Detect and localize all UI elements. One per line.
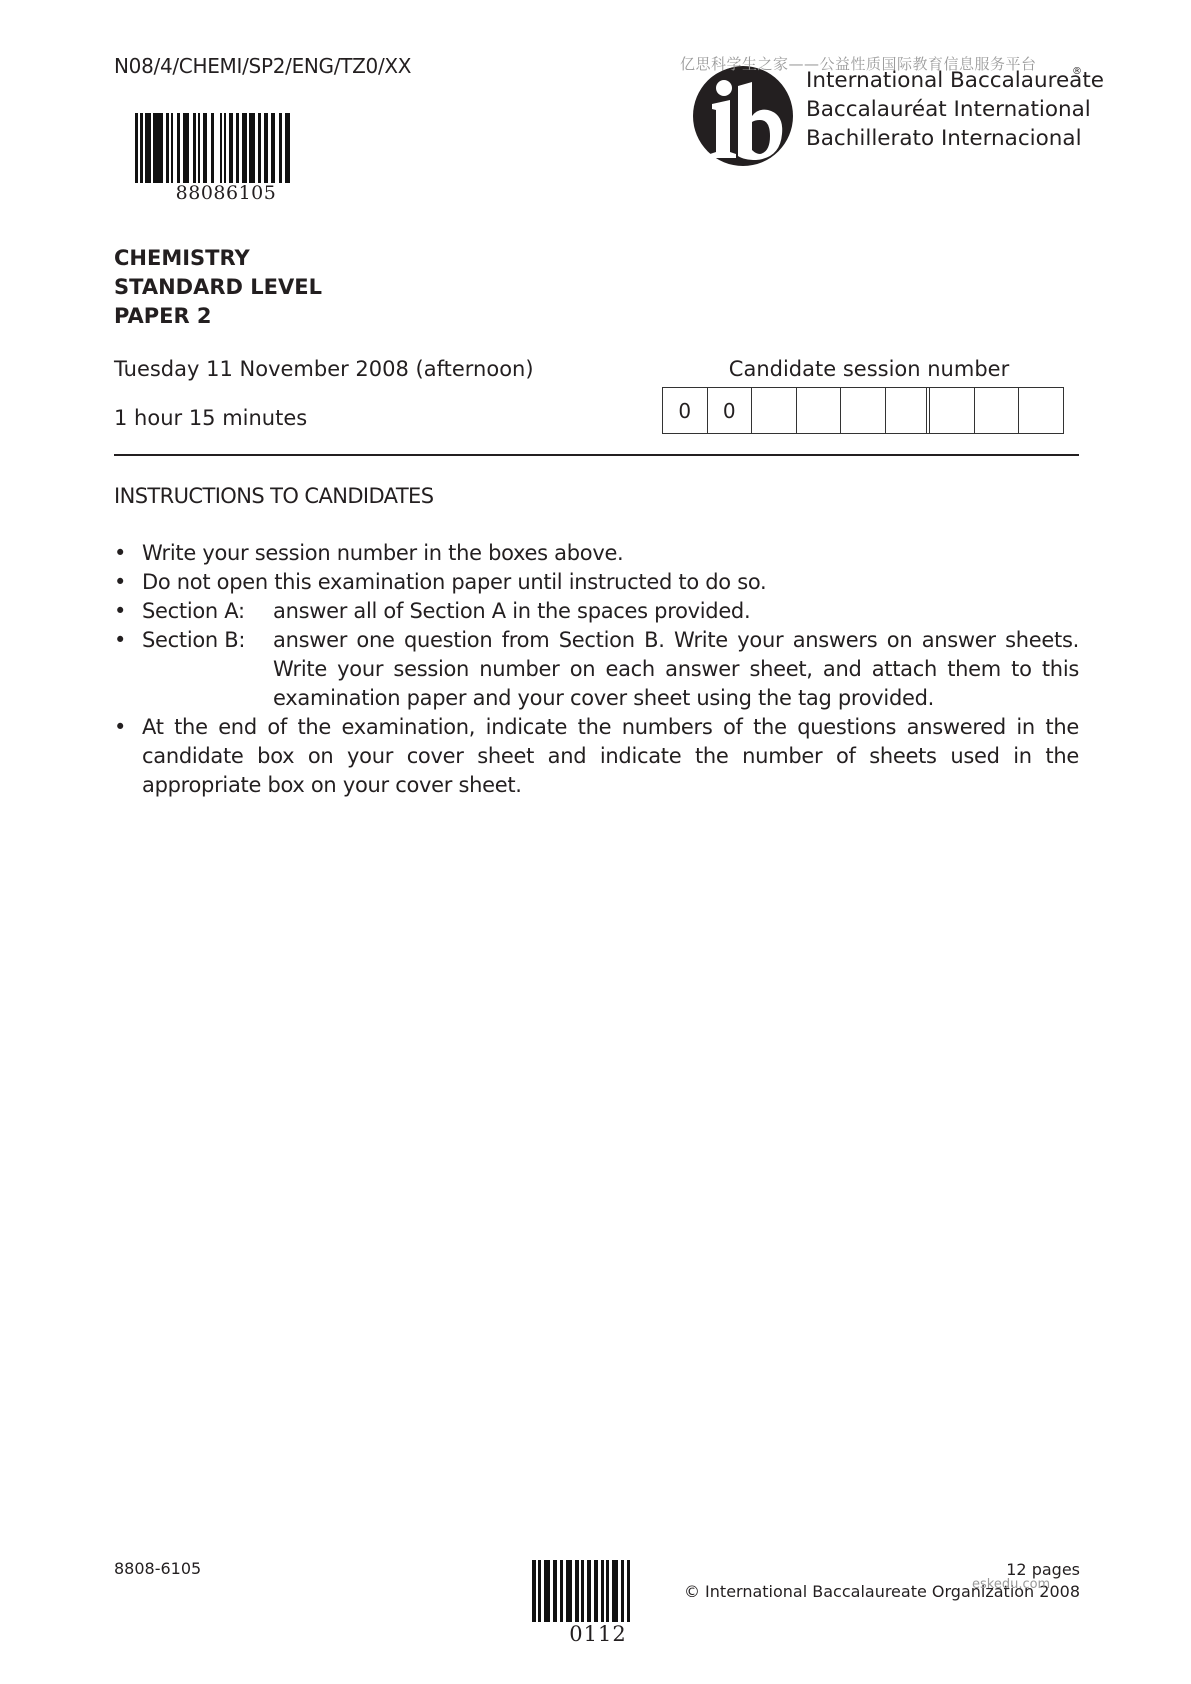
bullet-icon: •: [114, 713, 142, 800]
bullet-icon: •: [114, 568, 142, 597]
instruction-item: • Section B: answer one question from Se…: [114, 626, 1079, 713]
bottom-barcode-number: 0112: [532, 1622, 664, 1646]
registered-mark: ®: [1072, 66, 1082, 77]
subject-line: PAPER 2: [114, 302, 322, 331]
session-digit-box[interactable]: 0: [708, 388, 753, 433]
footer-code: 8808-6105: [114, 1559, 201, 1578]
subject-line: CHEMISTRY: [114, 244, 322, 273]
instruction-item: • Section A: answer all of Section A in …: [114, 597, 1079, 626]
instruction-text: Do not open this examination paper until…: [142, 568, 1079, 597]
session-digit-box[interactable]: [975, 388, 1020, 433]
instruction-item: • Write your session number in the boxes…: [114, 539, 1079, 568]
session-digit-box[interactable]: [930, 388, 975, 433]
org-name-spanish: Bachillerato Internacional: [806, 124, 1104, 153]
instruction-item: • Do not open this examination paper unt…: [114, 568, 1079, 597]
instruction-text: answer one question from Section B. Writ…: [273, 626, 1079, 713]
organization-names: International Baccalaureate Baccalauréat…: [806, 66, 1104, 153]
exam-duration: 1 hour 15 minutes: [114, 406, 307, 430]
instructions-list: • Write your session number in the boxes…: [114, 539, 1079, 800]
session-digit-box[interactable]: 0: [663, 388, 708, 433]
subject-title: CHEMISTRY STANDARD LEVEL PAPER 2: [114, 244, 322, 331]
section-label: Section B:: [142, 626, 273, 713]
org-name-french: Baccalauréat International: [806, 95, 1104, 124]
instruction-item: • At the end of the examination, indicat…: [114, 713, 1079, 800]
candidate-session-label: Candidate session number: [660, 357, 1078, 381]
exam-date: Tuesday 11 November 2008 (afternoon): [114, 357, 534, 381]
bullet-icon: •: [114, 626, 142, 713]
session-digit-box[interactable]: [752, 388, 797, 433]
instruction-text: At the end of the examination, indicate …: [142, 713, 1079, 800]
instructions-title: INSTRUCTIONS TO CANDIDATES: [114, 484, 433, 508]
header-divider: [114, 454, 1079, 456]
org-name-english: International Baccalaureate: [806, 66, 1104, 95]
candidate-session-boxes: 0 0: [662, 387, 1064, 434]
session-digit-box[interactable]: [841, 388, 886, 433]
section-label: Section A:: [142, 597, 273, 626]
paper-code: N08/4/CHEMI/SP2/ENG/TZ0/XX: [114, 54, 411, 78]
session-digit-box[interactable]: [797, 388, 842, 433]
footer-watermark: eskedu.com: [972, 1577, 1050, 1592]
bullet-icon: •: [114, 539, 142, 568]
subject-line: STANDARD LEVEL: [114, 273, 322, 302]
instruction-text: Write your session number in the boxes a…: [142, 539, 1079, 568]
session-digit-box[interactable]: [1019, 388, 1064, 433]
bullet-icon: •: [114, 597, 142, 626]
ib-logo-icon: [686, 64, 798, 167]
session-digit-box[interactable]: [886, 388, 931, 433]
top-barcode-number: 88086105: [135, 182, 317, 204]
top-barcode: [135, 113, 317, 183]
instruction-text: answer all of Section A in the spaces pr…: [273, 597, 1079, 626]
